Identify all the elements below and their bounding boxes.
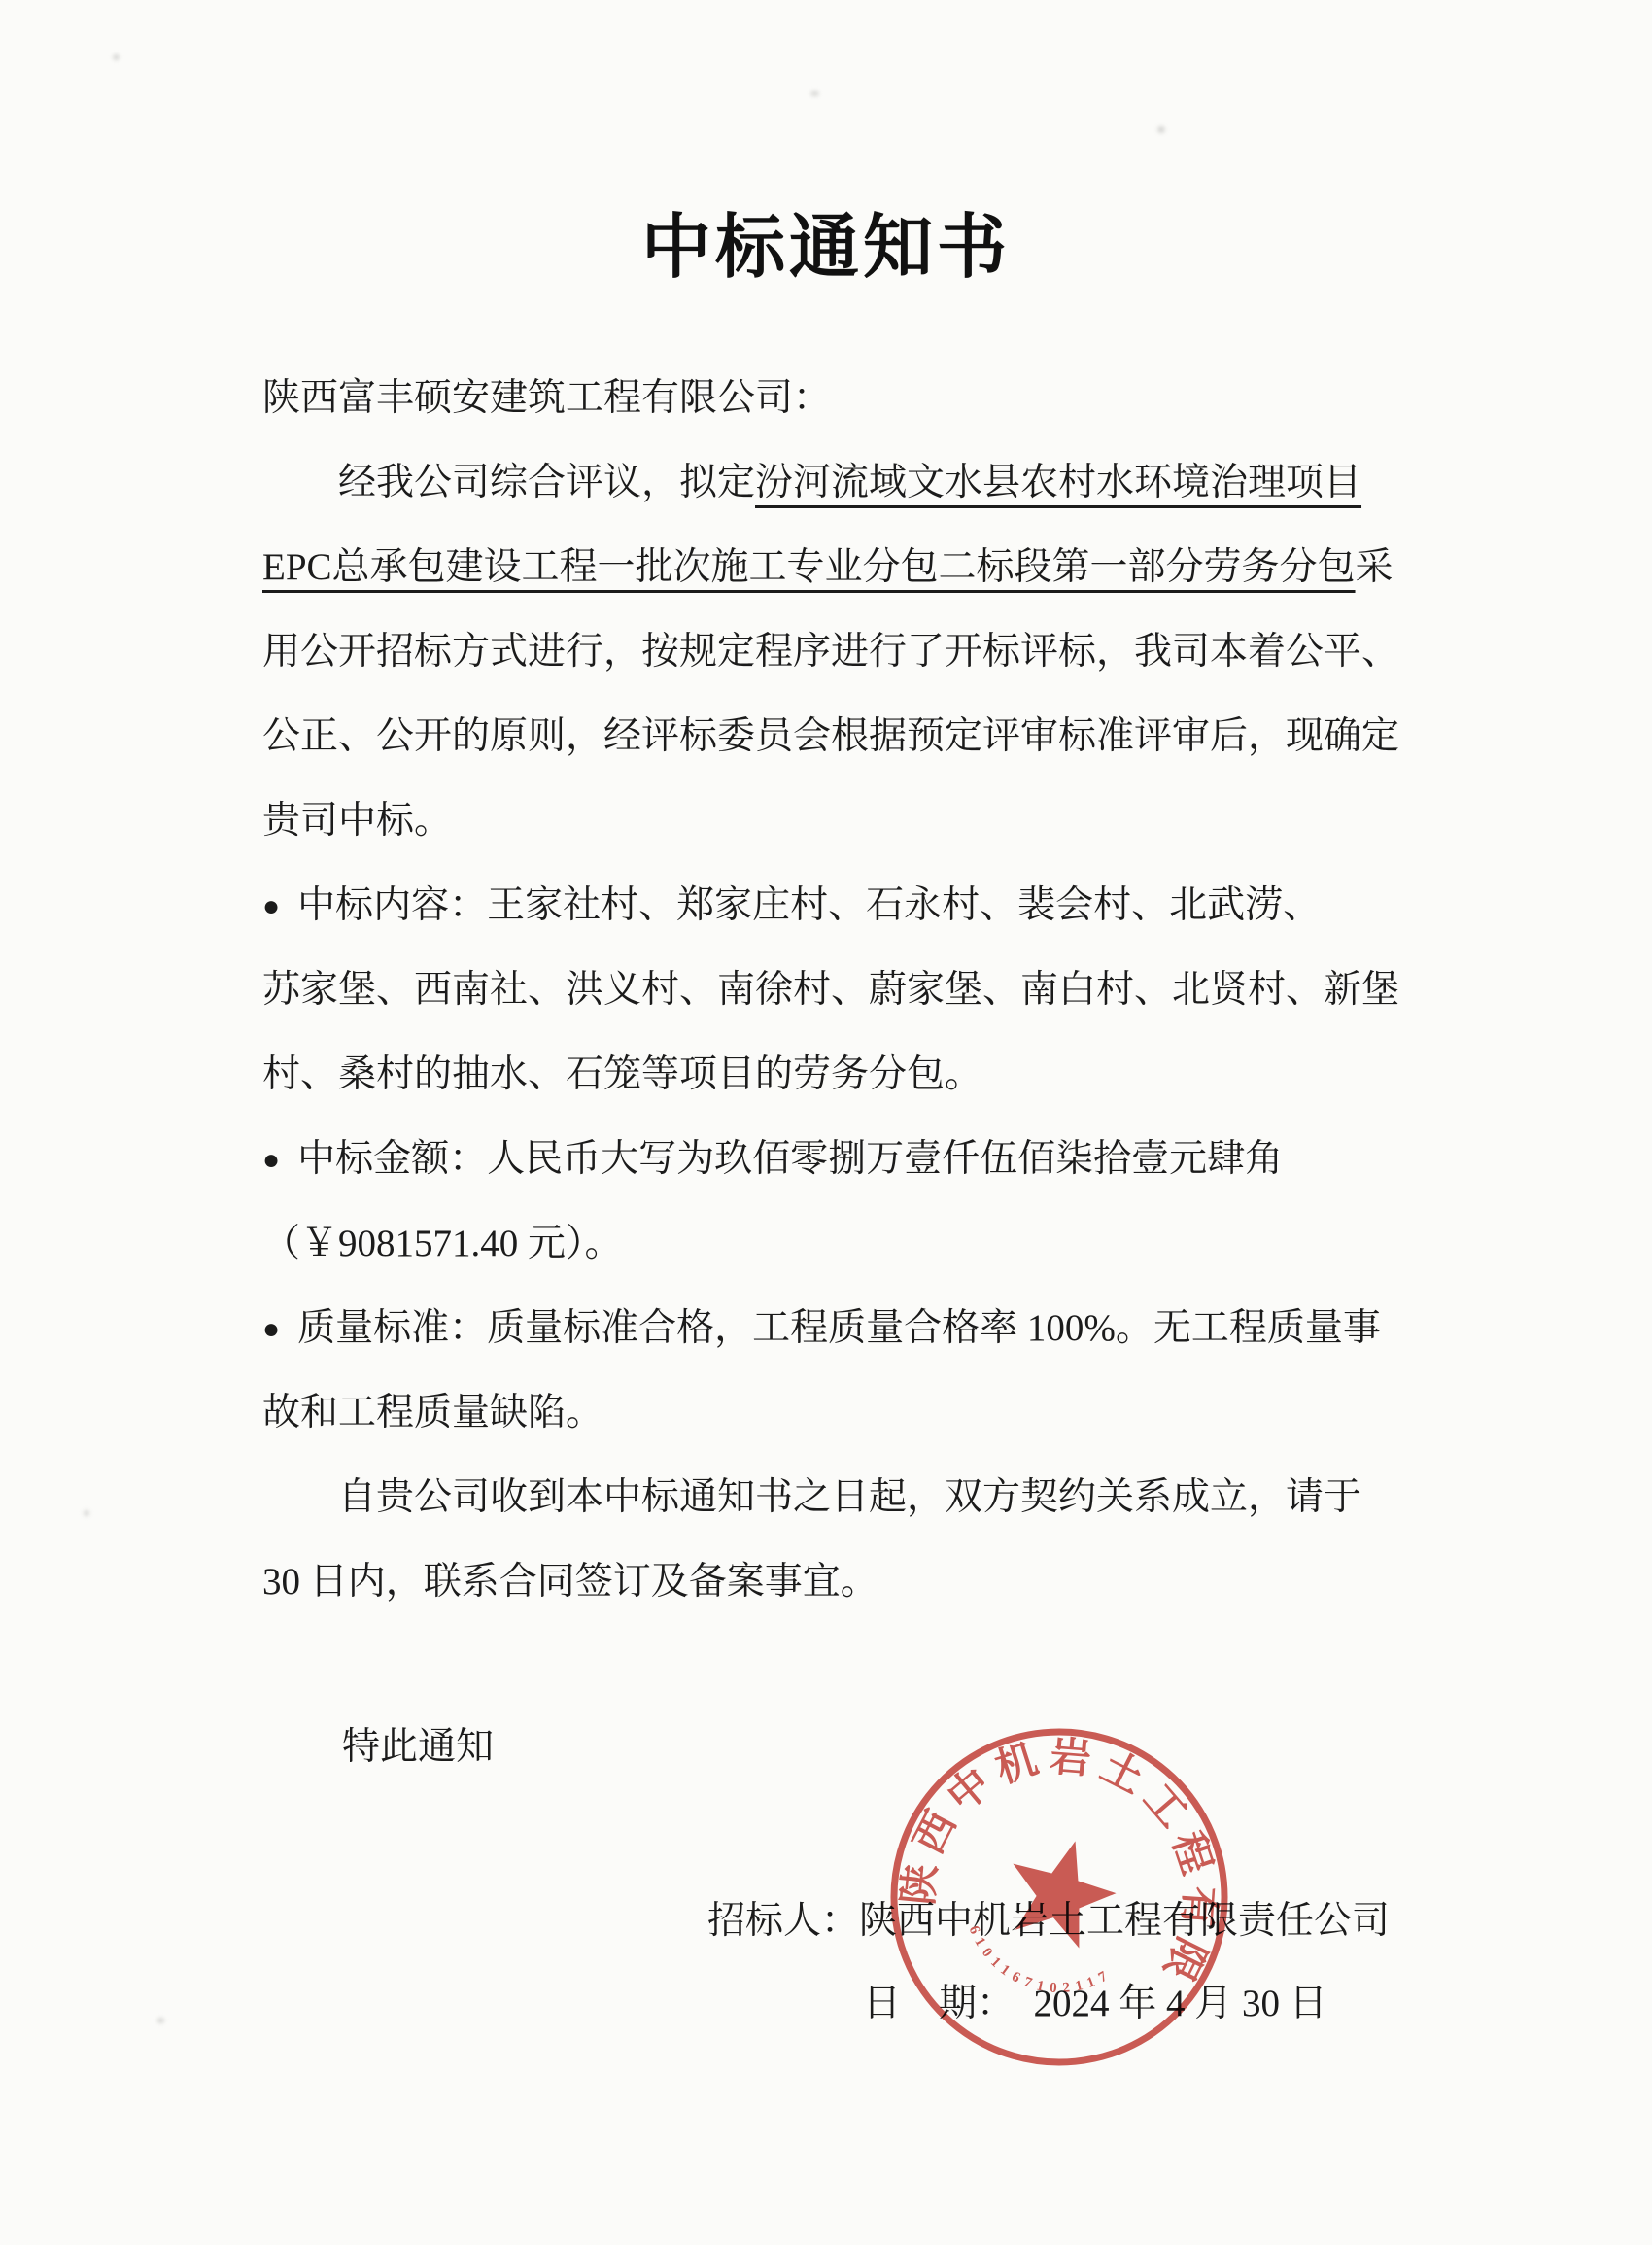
closing-phrase: 特此通知: [342, 1728, 494, 1766]
text-segment: 贵司中标。: [262, 800, 452, 842]
scan-speck: [810, 91, 819, 96]
text-segment: 公正、公开的原则，经评标委员会根据预定评审标准评审后，现确定: [262, 715, 1399, 757]
star-icon: [996, 1826, 1127, 1953]
bullet-dot: ●: [262, 864, 280, 949]
text-segment: 质量标准：质量标准合格，工程质量合格率 100%。无工程质量事: [297, 1307, 1381, 1349]
body-line: 故和工程质量缺陷。: [262, 1370, 1404, 1455]
seal-code-text: 6101167102117: [954, 1920, 1117, 2013]
text-segment: 中标内容：王家社村、郑家庄村、石永村、裴会村、北武涝、: [297, 884, 1321, 926]
text-segment: EPC总承包建设工程一批次施工专业分包二标段第一部分劳务分包: [262, 546, 1356, 588]
body-line: （￥9081571.40 元）。: [262, 1201, 1404, 1286]
body-line: 公正、公开的原则，经评标委员会根据预定评审标准评审后，现确定: [262, 694, 1404, 778]
text-segment: 自贵公司收到本中标通知书之日起，双方契约关系成立，请于: [338, 1476, 1361, 1518]
scan-speck: [1157, 126, 1165, 133]
body-line: ●质量标准：质量标准合格，工程质量合格率 100%。无工程质量事: [262, 1286, 1404, 1370]
body-line: ●中标金额：人民币大写为玖佰零捌万壹仟伍佰柒拾壹元肆角: [262, 1117, 1404, 1201]
scan-speck: [157, 2018, 164, 2023]
body-line: 30 日内，联系合同签订及备案事宜。: [262, 1539, 1404, 1624]
text-segment: 故和工程质量缺陷。: [262, 1392, 603, 1433]
text-segment: 陕西富丰硕安建筑工程有限公司：: [262, 377, 831, 419]
text-segment: 30 日内，联系合同签订及备案事宜。: [262, 1561, 878, 1603]
text-segment: 村、桑村的抽水、石笼等项目的劳务分包。: [262, 1053, 982, 1095]
document-title: 中标通知书: [0, 190, 1652, 292]
seal-graphic: 陕西中机岩土工程有限责任公司 6101167102117: [831, 1669, 1288, 2125]
body-line: 贵司中标。: [262, 778, 1404, 863]
body-line: 用公开招标方式进行，按规定程序进行了开标评标，我司本着公平、: [262, 609, 1404, 694]
text-segment: 采: [1356, 546, 1394, 588]
text-segment: （￥9081571.40 元）。: [262, 1223, 623, 1264]
body-line: ●中标内容：王家社村、郑家庄村、石永村、裴会村、北武涝、: [262, 863, 1404, 948]
text-segment: 苏家堡、西南社、洪义村、南徐村、蔚家堡、南白村、北贤村、新堡: [262, 969, 1399, 1011]
body-line: 经我公司综合评议，拟定汾河流域文水县农村水环境治理项目: [262, 440, 1404, 525]
body-lines: 陕西富丰硕安建筑工程有限公司：经我公司综合评议，拟定汾河流域文水县农村水环境治理…: [262, 356, 1404, 1624]
text-segment: 用公开招标方式进行，按规定程序进行了开标评标，我司本着公平、: [262, 631, 1399, 673]
body-line: 苏家堡、西南社、洪义村、南徐村、蔚家堡、南白村、北贤村、新堡: [262, 948, 1404, 1032]
body-line: EPC总承包建设工程一批次施工专业分包二标段第一部分劳务分包采: [262, 525, 1404, 609]
scan-speck: [113, 54, 120, 60]
bullet-dot: ●: [262, 1118, 280, 1202]
bullet-dot: ●: [262, 1287, 280, 1371]
bidder-label: 招标人：: [707, 1900, 859, 1942]
body-line: 自贵公司收到本中标通知书之日起，双方契约关系成立，请于: [262, 1455, 1404, 1539]
company-seal-stamp: 陕西中机岩土工程有限责任公司 6101167102117: [831, 1669, 1288, 2125]
scanned-document-page: 中标通知书 陕西富丰硕安建筑工程有限公司：经我公司综合评议，拟定汾河流域文水县农…: [0, 0, 1652, 2245]
scan-speck: [84, 1510, 89, 1516]
text-segment: 中标金额：人民币大写为玖佰零捌万壹仟伍佰柒拾壹元肆角: [297, 1138, 1283, 1180]
text-segment: 经我公司综合评议，拟定: [338, 462, 755, 503]
body-line: 陕西富丰硕安建筑工程有限公司：: [262, 356, 1404, 440]
text-segment: 汾河流域文水县农村水环境治理项目: [755, 462, 1361, 503]
body-line: 村、桑村的抽水、石笼等项目的劳务分包。: [262, 1032, 1404, 1117]
